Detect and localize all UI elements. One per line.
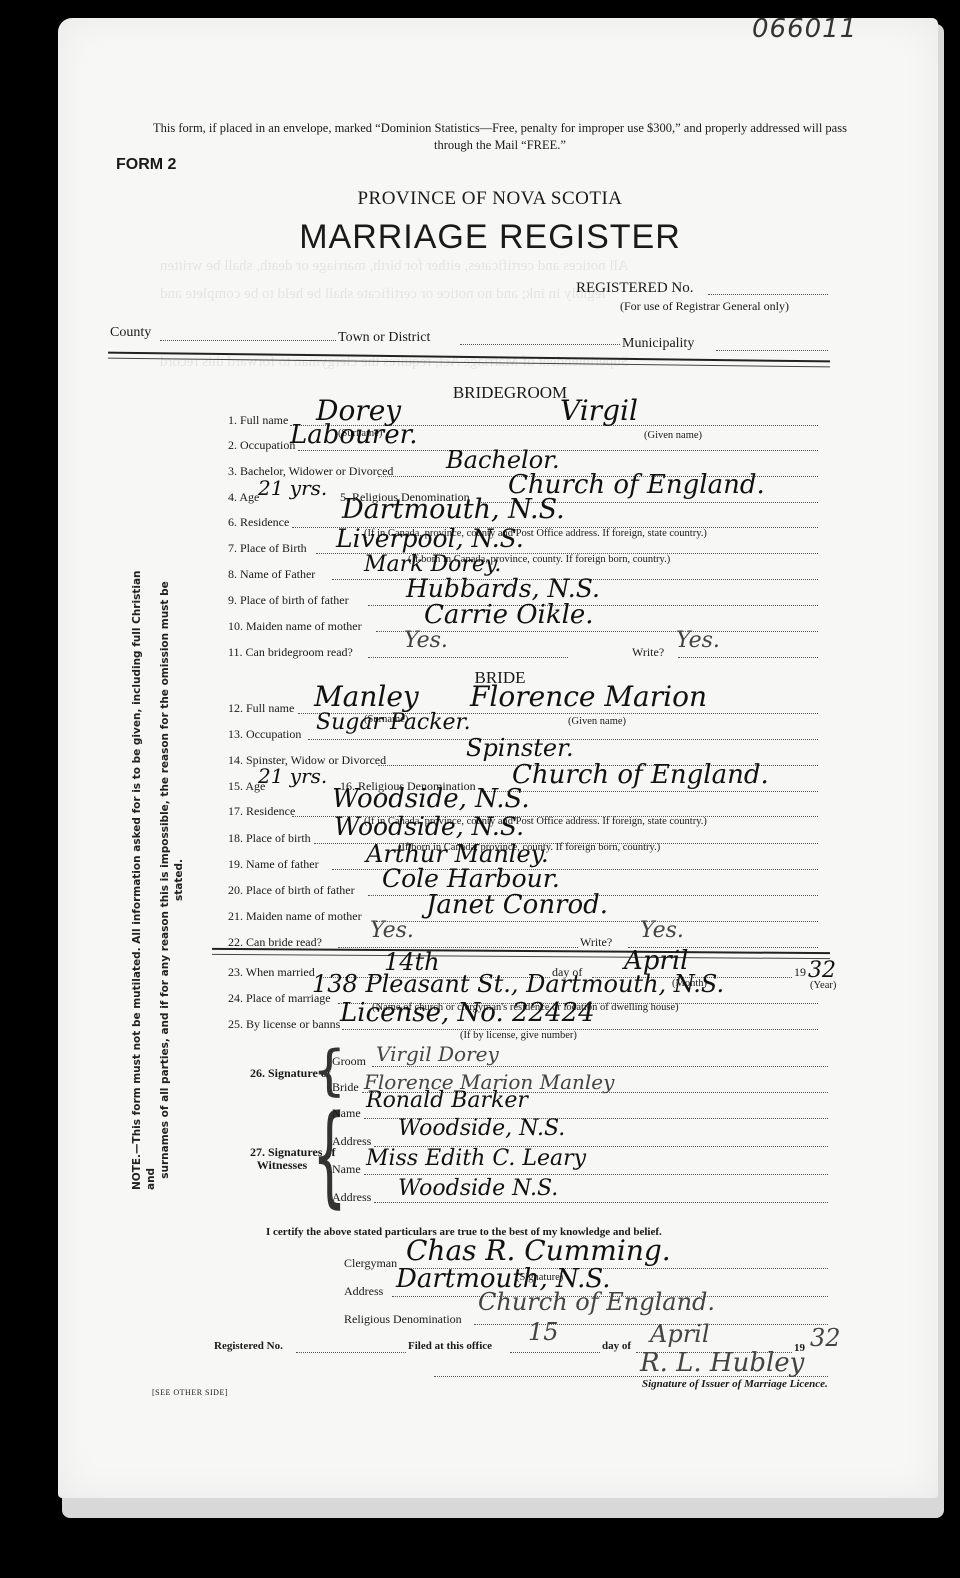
witness2-name-field[interactable] bbox=[364, 1174, 828, 1175]
bride-surname: Manley bbox=[314, 680, 419, 713]
groom-given-name: Virgil bbox=[560, 394, 638, 427]
groom-father-birthplace-label: 9. Place of birth of father bbox=[228, 593, 349, 608]
when-married-label: 23. When married bbox=[228, 965, 315, 980]
witness1-name-label: Name bbox=[332, 1106, 361, 1121]
groom-write-label: Write? bbox=[632, 645, 664, 660]
bride-read-field[interactable] bbox=[338, 947, 578, 948]
bride-residence-label: 17. Residence bbox=[228, 804, 295, 819]
filed-label: Filed at this office bbox=[408, 1340, 492, 1352]
witnesses-label: 27. Signatures of Witnesses bbox=[250, 1146, 314, 1172]
witness2-name: Miss Edith C. Leary bbox=[366, 1146, 586, 1171]
bride-given-name: Florence Marion bbox=[470, 680, 707, 713]
license-number: License, No. 22424 bbox=[340, 998, 595, 1028]
groom-can-read: Yes. bbox=[404, 628, 448, 653]
witness2-address-field[interactable] bbox=[374, 1202, 828, 1203]
bride-father-label: 19. Name of father bbox=[228, 857, 319, 872]
registered-no-field[interactable] bbox=[708, 294, 828, 295]
bride-full-name-label: 12. Full name bbox=[228, 701, 294, 716]
witness1-name: Ronald Barker bbox=[366, 1088, 528, 1113]
groom-residence: Dartmouth, N.S. bbox=[342, 494, 565, 525]
license-hint: (If by license, give number) bbox=[460, 1030, 577, 1041]
form-number: FORM 2 bbox=[116, 156, 176, 174]
witness2-address-label: Address bbox=[332, 1190, 371, 1205]
serial-number: 066011 bbox=[752, 14, 857, 44]
clergyman-address-label: Address bbox=[344, 1284, 383, 1299]
groom-age-label: 4. Age bbox=[228, 490, 259, 505]
filing-registered-no-field[interactable] bbox=[296, 1352, 406, 1353]
filed-day-field[interactable] bbox=[510, 1352, 600, 1353]
bride-can-write: Yes. bbox=[640, 918, 684, 943]
bride-birthplace-label: 18. Place of birth bbox=[228, 831, 311, 846]
place-of-marriage: 138 Pleasant St., Dartmouth, N.S. bbox=[312, 970, 724, 998]
town-label: Town or District bbox=[338, 330, 430, 346]
groom-mother: Carrie Oikle. bbox=[424, 600, 594, 630]
groom-residence-label: 6. Residence bbox=[228, 515, 289, 530]
see-other-side: [SEE OTHER SIDE] bbox=[152, 1388, 228, 1397]
clergyman-signature: Chas R. Cumming. bbox=[406, 1234, 671, 1267]
groom-can-write: Yes. bbox=[676, 628, 720, 653]
groom-signature-field[interactable] bbox=[372, 1066, 828, 1067]
groom-occupation-label: 2. Occupation bbox=[228, 438, 295, 453]
groom-age: 21 yrs. bbox=[258, 476, 327, 500]
bride-write-label: Write? bbox=[580, 935, 612, 950]
groom-occupation: Labourer. bbox=[290, 420, 417, 450]
bride-can-read: Yes. bbox=[370, 918, 414, 943]
witness1-address: Woodside, N.S. bbox=[398, 1116, 565, 1141]
groom-signature-label: Groom bbox=[332, 1054, 366, 1069]
groom-read-field[interactable] bbox=[368, 657, 568, 658]
groom-mother-label: 10. Maiden name of mother bbox=[228, 619, 362, 634]
side-note: NOTE.—This form must not be mutilated. A… bbox=[130, 570, 186, 1190]
bride-religion-field[interactable] bbox=[484, 791, 818, 792]
filed-month: April bbox=[650, 1320, 710, 1348]
bride-father-birthplace-label: 20. Place of birth of father bbox=[228, 883, 355, 898]
groom-signature: Virgil Dorey bbox=[376, 1042, 499, 1066]
registered-no-note: (For use of Registrar General only) bbox=[620, 299, 789, 314]
municipality-label: Municipality bbox=[622, 336, 694, 352]
bride-residence: Woodside, N.S. bbox=[332, 784, 530, 814]
bride-age: 21 yrs. bbox=[258, 764, 327, 788]
bride-religion: Church of England. bbox=[512, 760, 769, 790]
clergyman-religion: Church of England. bbox=[478, 1288, 715, 1316]
filed-year: 32 bbox=[810, 1324, 841, 1352]
filing-registered-no-label: Registered No. bbox=[214, 1340, 283, 1352]
groom-father-birthplace: Hubbards, N.S. bbox=[406, 574, 600, 603]
bride-occupation-label: 13. Occupation bbox=[228, 727, 301, 742]
bride-birthplace: Woodside, N.S. bbox=[334, 812, 524, 841]
bride-status: Spinster. bbox=[466, 734, 574, 762]
license-label: 25. By license or banns bbox=[228, 1017, 340, 1032]
groom-birthplace: Liverpool, N.S. bbox=[336, 524, 524, 553]
bride-occupation: Sugar Packer. bbox=[316, 710, 471, 735]
groom-write-field[interactable] bbox=[678, 657, 818, 658]
issuer-label: Signature of Issuer of Marriage Licence. bbox=[642, 1378, 828, 1390]
clergyman-label: Clergyman bbox=[344, 1256, 397, 1271]
bleed-through-text: legibly in ink; and no notice or certifi… bbox=[160, 286, 606, 303]
groom-birthplace-label: 7. Place of Birth bbox=[228, 541, 307, 556]
clergyman-religion-label: Religious Denomination bbox=[344, 1312, 462, 1327]
municipality-field[interactable] bbox=[716, 350, 828, 351]
town-field[interactable] bbox=[460, 344, 620, 345]
county-field[interactable] bbox=[160, 340, 336, 341]
groom-read-write-row: 11. Can bridegroom read? Write? bbox=[228, 644, 818, 660]
bleed-through-text: All notices and certificates, either for… bbox=[160, 258, 629, 275]
page-title: MARRIAGE REGISTER bbox=[200, 218, 780, 257]
province-heading: PROVINCE OF NOVA SCOTIA bbox=[240, 188, 740, 210]
filed-day: 15 bbox=[528, 1318, 559, 1346]
year-prefix: 19 bbox=[794, 965, 806, 980]
bride-mother-field[interactable] bbox=[376, 921, 818, 922]
filed-day-of-label: day of bbox=[602, 1340, 631, 1352]
bride-mother: Janet Conrod. bbox=[426, 890, 608, 920]
issuer-signature: R. L. Hubley bbox=[640, 1348, 804, 1378]
county-label: County bbox=[110, 325, 151, 341]
groom-read-label: 11. Can bridegroom read? bbox=[228, 645, 353, 660]
witness2-address: Woodside N.S. bbox=[398, 1176, 558, 1201]
witness2-name-label: Name bbox=[332, 1162, 361, 1177]
bride-father-birthplace: Cole Harbour. bbox=[382, 864, 560, 893]
bride-mother-label: 21. Maiden name of mother bbox=[228, 909, 362, 924]
groom-father-label: 8. Name of Father bbox=[228, 567, 315, 582]
groom-full-name-label: 1. Full name bbox=[228, 413, 288, 428]
mail-notice: This form, if placed in an envelope, mar… bbox=[150, 120, 850, 154]
license-field[interactable] bbox=[342, 1029, 818, 1030]
registered-no-label: REGISTERED No. bbox=[576, 280, 694, 297]
